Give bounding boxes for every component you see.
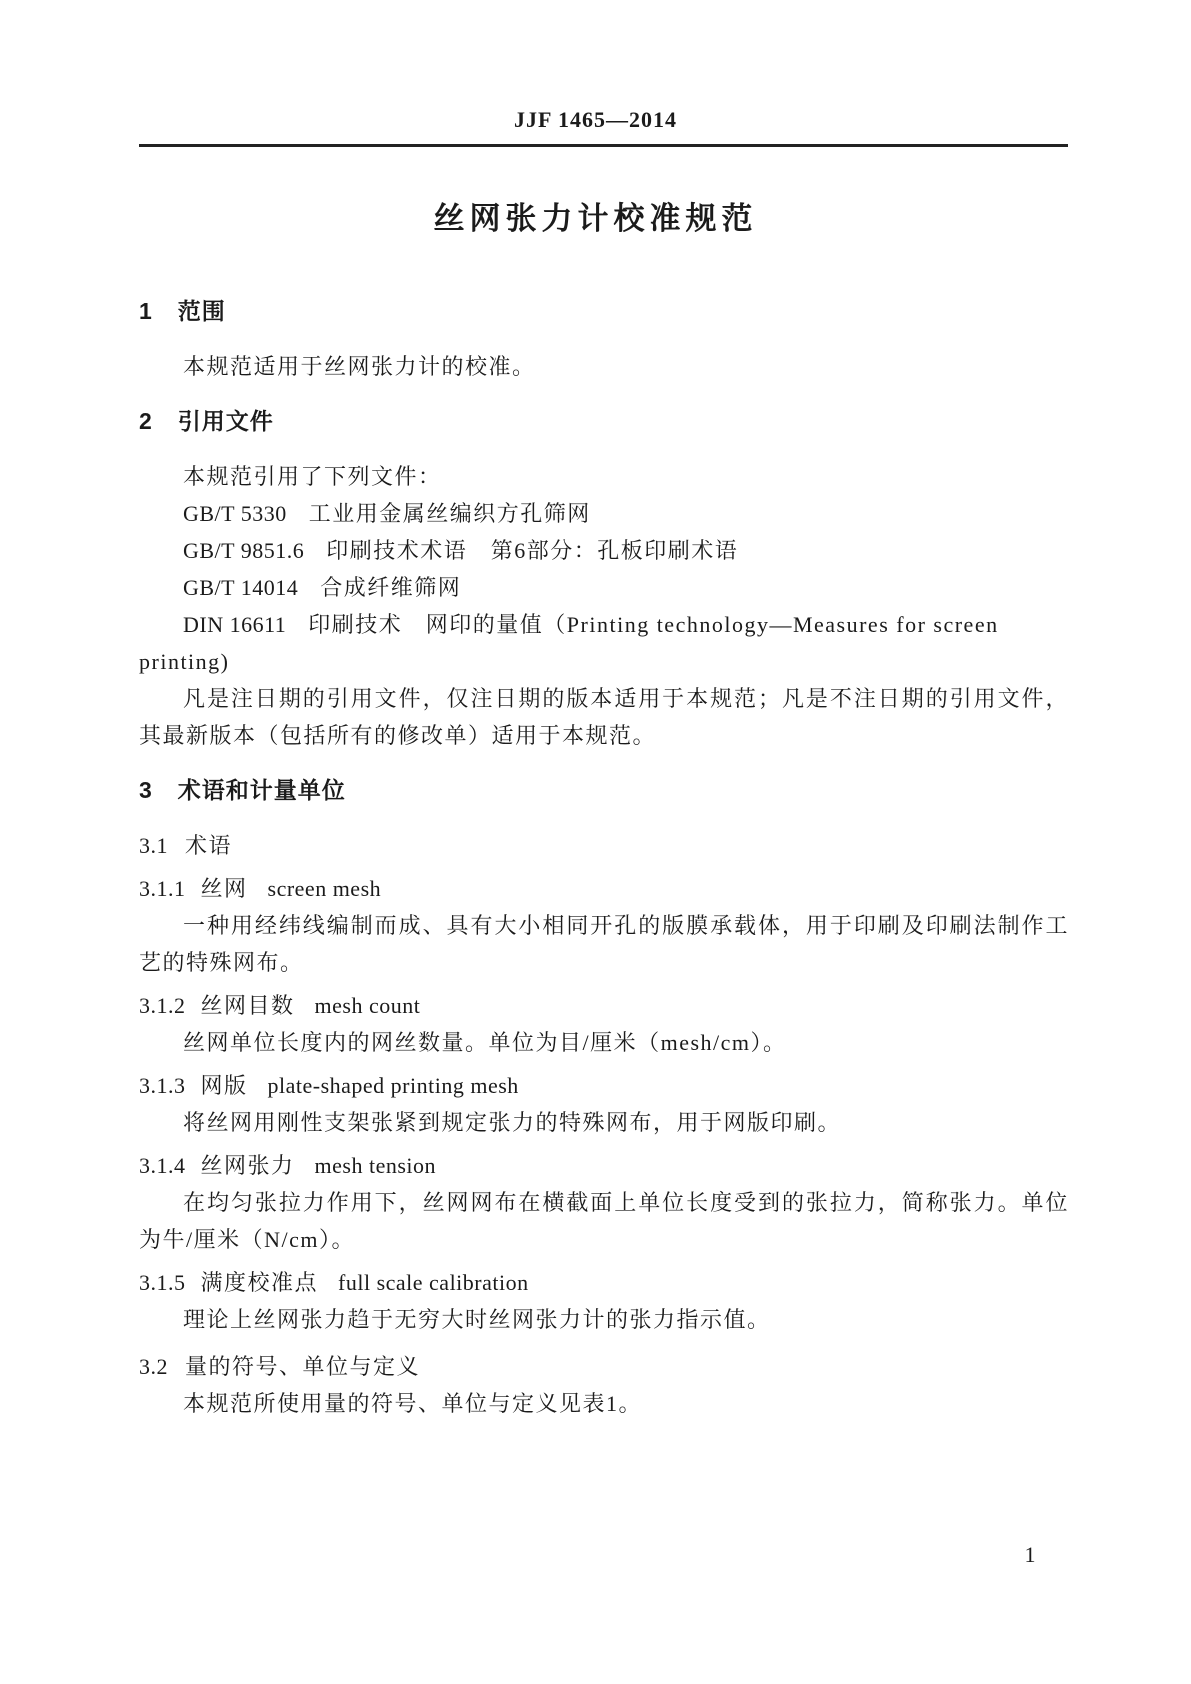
term-zh: 满度校准点 [201, 1270, 319, 1295]
term-zh: 丝网目数 [201, 993, 295, 1018]
reference-entry: DIN 16611印刷技术 网印的量值（Printing technology—… [139, 606, 1069, 680]
reference-code: GB/T 5330 [183, 501, 287, 526]
section-3-1-heading: 3.1术语 [139, 827, 1069, 864]
section-3-2-title: 量的符号、单位与定义 [185, 1354, 420, 1379]
section-3-number: 3 [139, 777, 153, 803]
term-zh: 网版 [201, 1073, 248, 1098]
dated-references-note-paragraph: 凡是注日期的引用文件，仅注日期的版本适用于本规范；凡是不注日期的引用文件，其最新… [139, 680, 1069, 754]
section-3-2-heading: 3.2量的符号、单位与定义 [139, 1348, 1069, 1385]
term-definition: 丝网单位长度内的网丝数量。单位为目/厘米（mesh/cm）。 [139, 1024, 1069, 1061]
section-3-1-number: 3.1 [139, 833, 168, 858]
term-definition: 一种用经纬线编制而成、具有大小相同开孔的版膜承载体，用于印刷及印刷法制作工艺的特… [139, 907, 1069, 981]
section-3-2-number: 3.2 [139, 1354, 168, 1379]
doc-body: 1范围 本规范适用于丝网张力计的校准。 2引用文件 本规范引用了下列文件： GB… [139, 293, 1069, 1422]
reference-title: 印刷技术术语 第6部分：孔板印刷术语 [326, 538, 738, 563]
section-2-title: 引用文件 [178, 408, 274, 434]
section-1-title: 范围 [178, 298, 226, 324]
term-zh: 丝网 [201, 876, 248, 901]
reference-title: 工业用金属丝编织方孔筛网 [309, 501, 591, 526]
term-heading: 3.1.2丝网目数mesh count [139, 987, 1069, 1024]
term-number: 3.1.1 [139, 876, 186, 901]
term-en: mesh tension [315, 1153, 437, 1178]
term-heading: 3.1.1丝网screen mesh [139, 870, 1069, 907]
term-en: mesh count [315, 993, 421, 1018]
reference-code: DIN 16611 [183, 612, 286, 637]
reference-code: GB/T 14014 [183, 575, 298, 600]
scope-paragraph: 本规范适用于丝网张力计的校准。 [139, 348, 1069, 385]
section-2-heading: 2引用文件 [139, 403, 1069, 440]
term-heading: 3.1.3网版plate-shaped printing mesh [139, 1067, 1069, 1104]
doc-header-code: JJF 1465—2014 [0, 0, 1191, 134]
term-definition: 理论上丝网张力趋于无穷大时丝网张力计的张力指示值。 [139, 1301, 1069, 1338]
section-3-1-title: 术语 [185, 833, 232, 858]
section-3-title: 术语和计量单位 [178, 777, 346, 803]
reference-entry: GB/T 9851.6印刷技术术语 第6部分：孔板印刷术语 [139, 532, 1069, 569]
reference-title: 合成纤维筛网 [320, 575, 461, 600]
term-number: 3.1.3 [139, 1073, 186, 1098]
term-definition: 将丝网用刚性支架张紧到规定张力的特殊网布，用于网版印刷。 [139, 1104, 1069, 1141]
section-1-number: 1 [139, 298, 153, 324]
term-definition: 在均匀张拉力作用下，丝网网布在横截面上单位长度受到的张拉力，简称张力。单位为牛/… [139, 1184, 1069, 1258]
reference-code: GB/T 9851.6 [183, 538, 304, 563]
reference-entry: GB/T 14014合成纤维筛网 [139, 569, 1069, 606]
term-heading: 3.1.5满度校准点full scale calibration [139, 1264, 1069, 1301]
term-en: full scale calibration [338, 1270, 529, 1295]
section-2-number: 2 [139, 408, 153, 434]
term-heading: 3.1.4丝网张力mesh tension [139, 1147, 1069, 1184]
symbols-table-reference-paragraph: 本规范所使用量的符号、单位与定义见表1。 [139, 1385, 1069, 1422]
term-number: 3.1.5 [139, 1270, 186, 1295]
reference-entry: GB/T 5330工业用金属丝编织方孔筛网 [139, 495, 1069, 532]
doc-title: 丝网张力计校准规范 [0, 199, 1191, 239]
section-3-heading: 3术语和计量单位 [139, 772, 1069, 809]
document-page: JJF 1465—2014 丝网张力计校准规范 1范围 本规范适用于丝网张力计的… [0, 0, 1191, 1684]
term-number: 3.1.4 [139, 1153, 186, 1178]
references-intro-paragraph: 本规范引用了下列文件： [139, 458, 1069, 495]
header-divider [139, 144, 1068, 147]
term-number: 3.1.2 [139, 993, 186, 1018]
term-en: screen mesh [268, 876, 382, 901]
page-number: 1 [1014, 1536, 1046, 1573]
section-1-heading: 1范围 [139, 293, 1069, 330]
term-zh: 丝网张力 [201, 1153, 295, 1178]
term-en: plate-shaped printing mesh [268, 1073, 519, 1098]
